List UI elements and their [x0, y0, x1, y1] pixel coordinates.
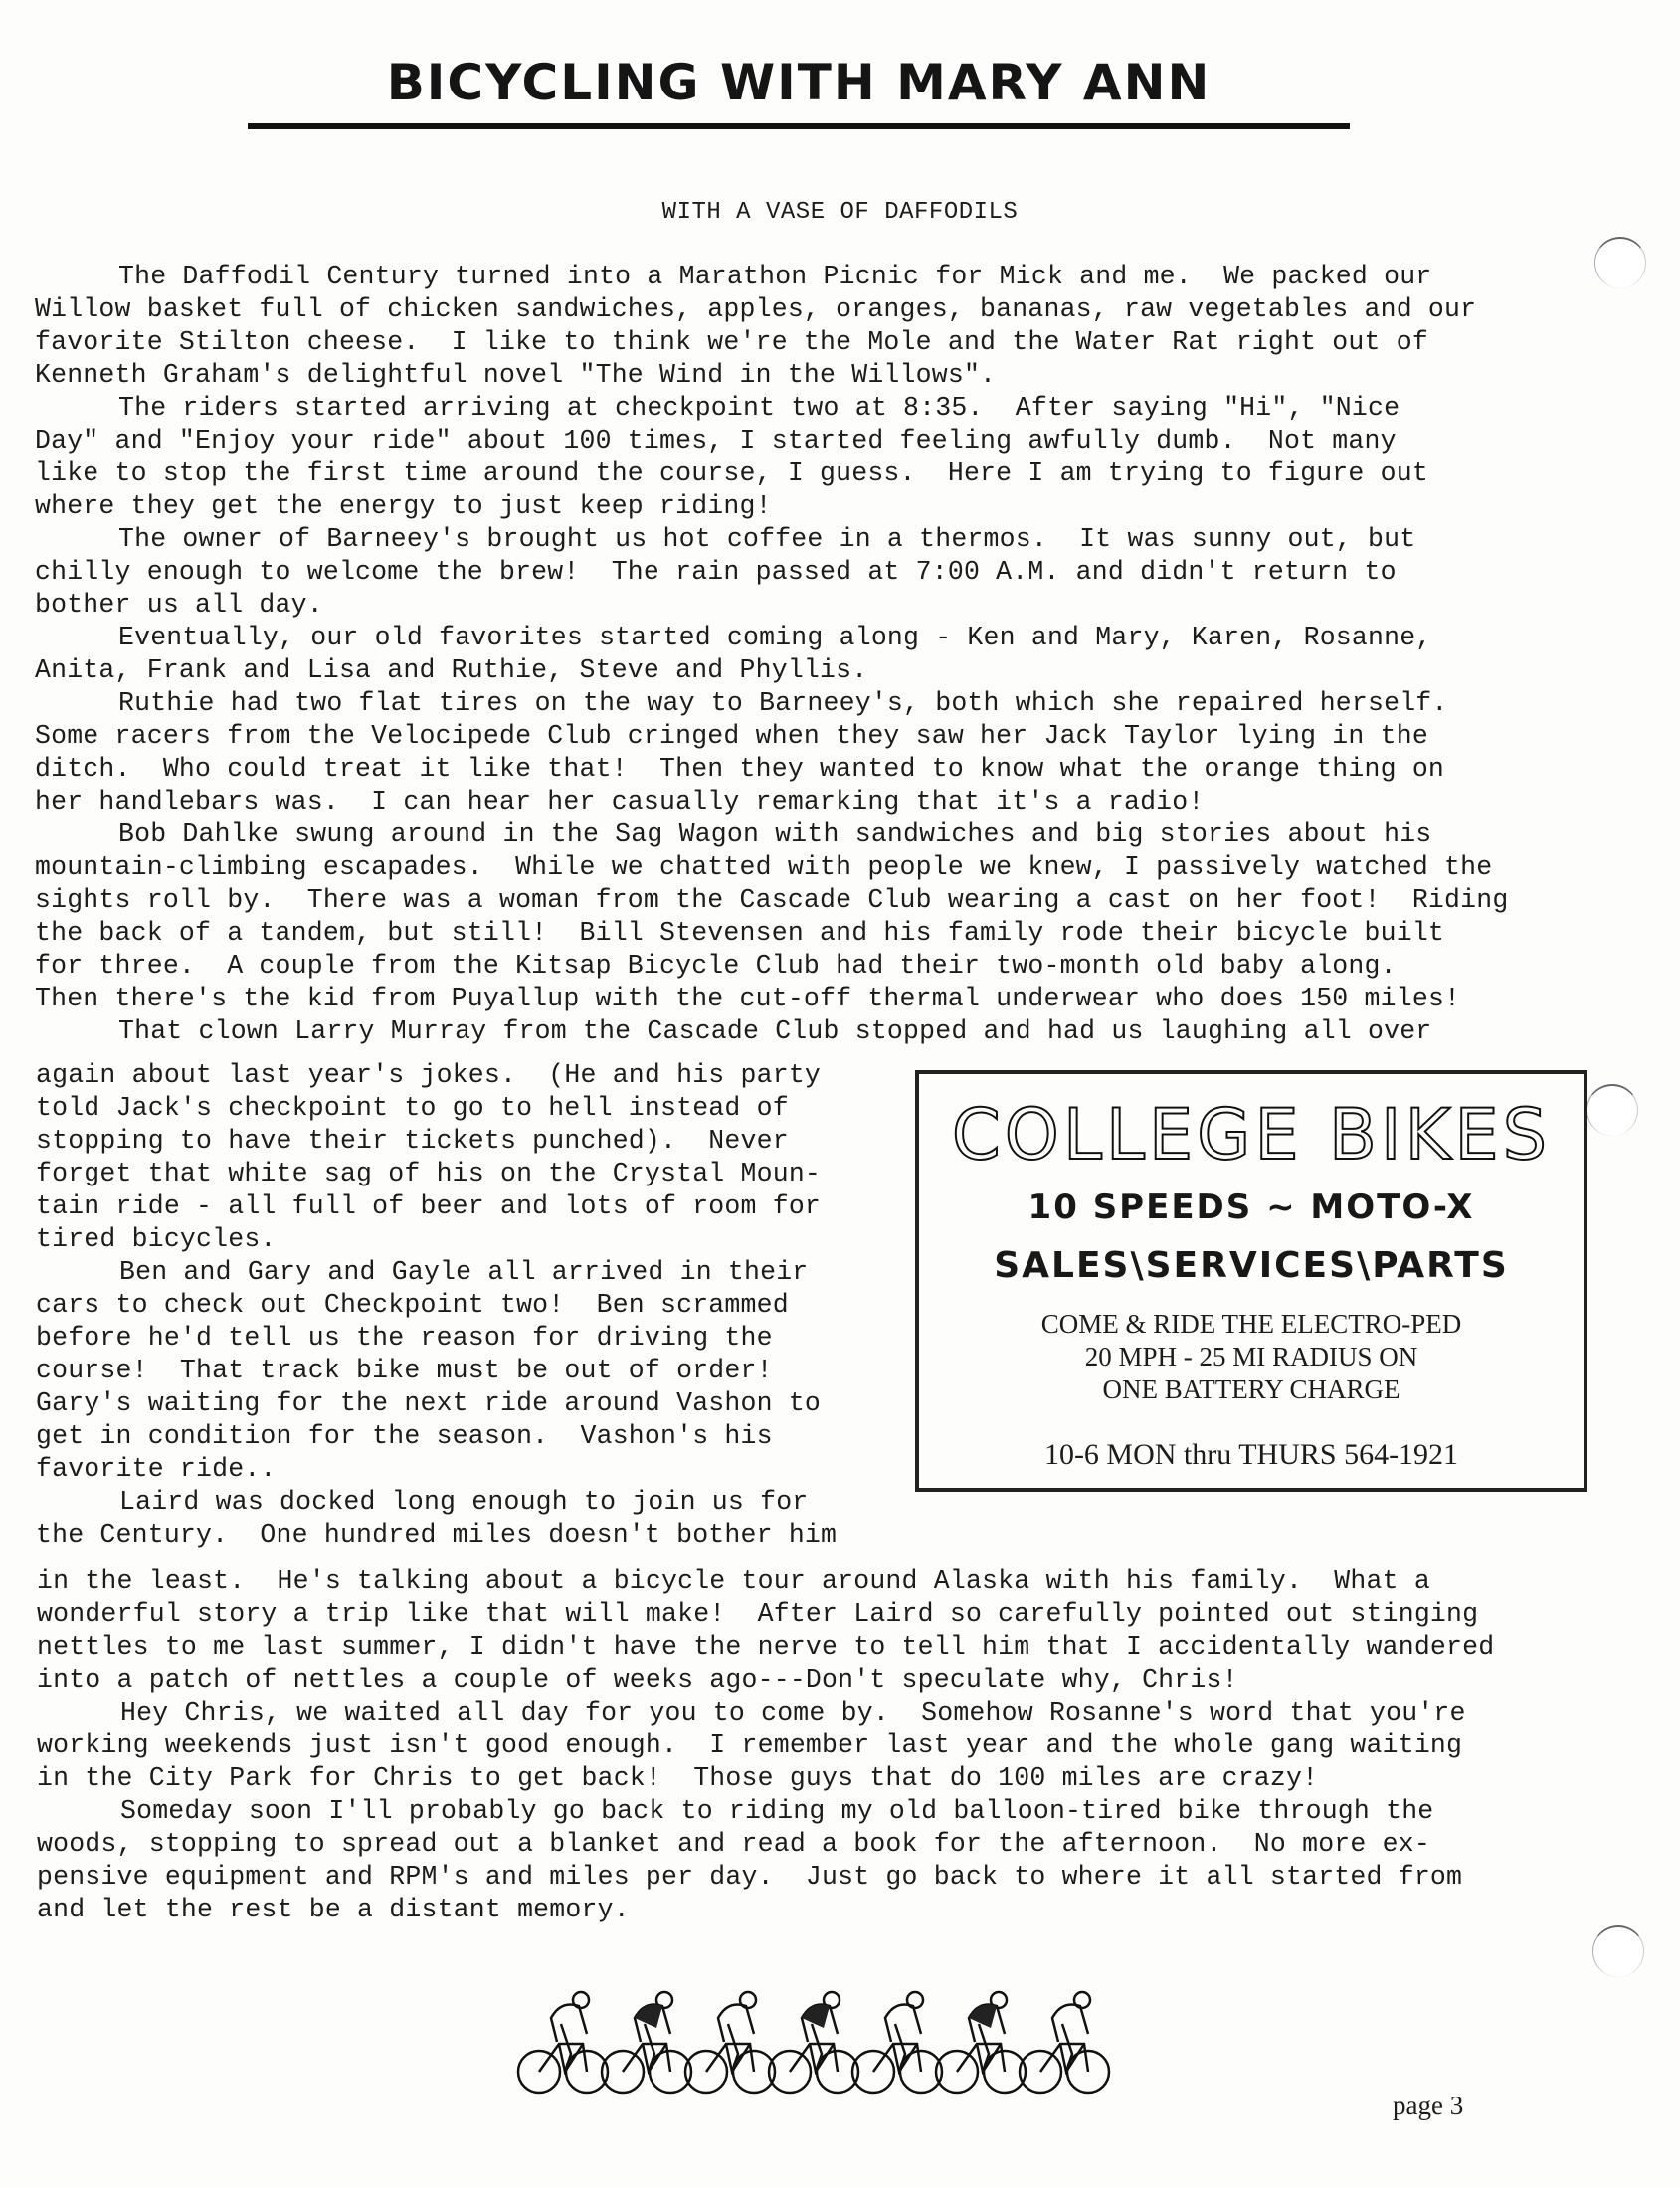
article-line: Someday soon I'll probably go back to ri…: [37, 1795, 1494, 1828]
article-line: woods, stopping to spread out a blanket …: [37, 1828, 1494, 1861]
article-line: pensive equipment and RPM's and miles pe…: [37, 1861, 1494, 1894]
article-line: like to stop the first time around the c…: [35, 457, 1508, 490]
punch-hole-icon: [1592, 1925, 1644, 1977]
article-body-upper: The Daffodil Century turned into a Marat…: [35, 261, 1508, 1048]
ad-business-name: COLLEGE BIKES: [919, 1096, 1584, 1174]
article-line: The Daffodil Century turned into a Marat…: [35, 261, 1508, 293]
ad-promo-line: ONE BATTERY CHARGE: [919, 1373, 1584, 1406]
article-line: for three. A couple from the Kitsap Bicy…: [35, 950, 1508, 983]
article-line: ditch. Who could treat it like that! The…: [35, 753, 1508, 786]
article-line: the Century. One hundred miles doesn't b…: [36, 1518, 837, 1550]
ad-products: 10 SPEEDS ~ MOTO-X: [919, 1187, 1584, 1227]
article-line: the back of a tandem, but still! Bill St…: [35, 917, 1508, 950]
article-line: Day" and "Enjoy your ride" about 100 tim…: [35, 425, 1508, 457]
article-line: in the least. He's talking about a bicyc…: [37, 1565, 1494, 1598]
article-body-lower: in the least. He's talking about a bicyc…: [37, 1565, 1494, 1926]
article-line: before he'd tell us the reason for drivi…: [36, 1321, 837, 1354]
article-line: in the City Park for Chris to get back! …: [37, 1762, 1494, 1795]
article-line: Eventually, our old favorites started co…: [35, 622, 1508, 654]
page-title: BICYCLING WITH MARY ANN: [247, 58, 1351, 107]
article-line: told Jack's checkpoint to go to hell ins…: [36, 1091, 837, 1124]
article-line: forget that white sag of his on the Crys…: [36, 1157, 837, 1189]
article-line: Bob Dahlke swung around in the Sag Wagon…: [35, 819, 1508, 851]
article-line: Some racers from the Velocipede Club cri…: [35, 720, 1508, 753]
article-line: Hey Chris, we waited all day for you to …: [37, 1697, 1494, 1730]
ad-services: SALES\SERVICES\PARTS: [919, 1245, 1584, 1286]
college-bikes-advertisement: COLLEGE BIKES 10 SPEEDS ~ MOTO-X SALES\S…: [915, 1070, 1587, 1492]
article-line: Ruthie had two flat tires on the way to …: [35, 687, 1508, 720]
article-line: Then there's the kid from Puyallup with …: [35, 983, 1508, 1015]
article-line: where they get the energy to just keep r…: [35, 490, 1508, 523]
article-line: chilly enough to welcome the brew! The r…: [35, 556, 1508, 589]
article-line: favorite Stilton cheese. I like to think…: [35, 326, 1508, 359]
ad-promo-line: 20 MPH - 25 MI RADIUS ON: [919, 1341, 1584, 1373]
ad-promo-line: COME & RIDE THE ELECTRO-PED: [919, 1308, 1584, 1341]
article-line: wonderful story a trip like that will ma…: [37, 1598, 1494, 1631]
article-line: stopping to have their tickets punched).…: [36, 1124, 837, 1157]
title-underline: [248, 123, 1350, 129]
punch-hole-icon: [1587, 1084, 1638, 1136]
ad-hours-phone: 10-6 MON thru THURS 564-1921: [919, 1438, 1584, 1472]
article-line: nettles to me last summer, I didn't have…: [37, 1631, 1494, 1664]
article-line: course! That track bike must be out of o…: [36, 1354, 837, 1386]
article-line: into a patch of nettles a couple of week…: [37, 1664, 1494, 1697]
article-line: The owner of Barneey's brought us hot co…: [35, 523, 1508, 556]
article-line: Laird was docked long enough to join us …: [36, 1485, 837, 1518]
article-line: Anita, Frank and Lisa and Ruthie, Steve …: [35, 654, 1508, 687]
article-line: mountain-climbing escapades. While we ch…: [35, 851, 1508, 884]
article-line: tired bicycles.: [36, 1222, 837, 1255]
page-number: page 3: [1393, 2091, 1463, 2121]
article-line: Ben and Gary and Gayle all arrived in th…: [36, 1255, 837, 1288]
cyclists-illustration-icon: [507, 1984, 1124, 2098]
article-line: again about last year's jokes. (He and h…: [36, 1058, 837, 1091]
article-line: favorite ride..: [36, 1452, 837, 1485]
article-line: working weekends just isn't good enough.…: [37, 1730, 1494, 1762]
article-line: That clown Larry Murray from the Cascade…: [35, 1015, 1508, 1048]
article-line: cars to check out Checkpoint two! Ben sc…: [36, 1288, 837, 1321]
article-line: her handlebars was. I can hear her casua…: [35, 786, 1508, 819]
article-line: Willow basket full of chicken sandwiches…: [35, 293, 1508, 326]
punch-hole-icon: [1594, 237, 1646, 288]
article-line: and let the rest be a distant memory.: [37, 1894, 1494, 1926]
article-line: The riders started arriving at checkpoin…: [35, 392, 1508, 425]
article-line: bother us all day.: [35, 589, 1508, 622]
article-line: get in condition for the season. Vashon'…: [36, 1419, 837, 1452]
article-subtitle: WITH A VASE OF DAFFODILS: [0, 199, 1680, 226]
article-body-column: again about last year's jokes. (He and h…: [36, 1058, 837, 1550]
article-line: tain ride - all full of beer and lots of…: [36, 1189, 837, 1222]
article-line: sights roll by. There was a woman from t…: [35, 884, 1508, 917]
article-line: Kenneth Graham's delightful novel "The W…: [35, 359, 1508, 392]
article-line: Gary's waiting for the next ride around …: [36, 1386, 837, 1419]
